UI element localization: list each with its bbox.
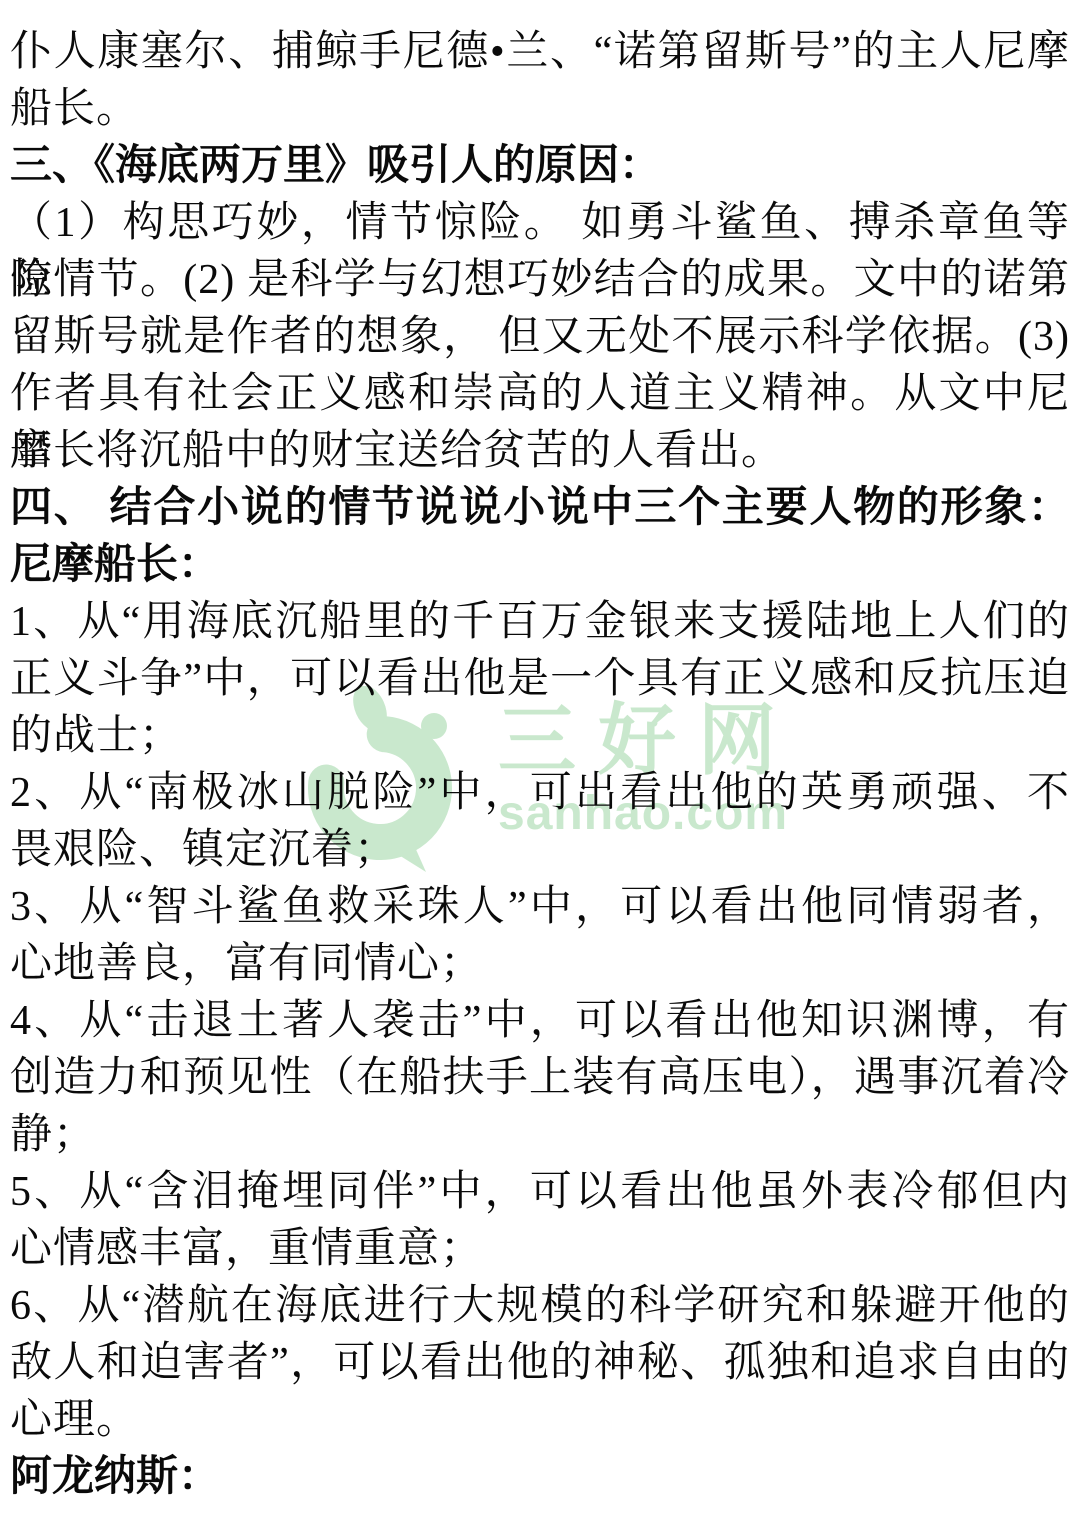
text-line: 创造力和预见性（在船扶手上装有高压电），遇事沉着冷 (10, 1050, 1070, 1107)
section-3-heading: 三、《海底两万里》吸引人的原因： (10, 138, 1070, 195)
text-line: 留斯号就是作者的想象， 但又无处不展示科学依据。(3) (10, 309, 1070, 366)
text-line: 6、从“潜航在海底进行大规模的科学研究和躲避开他的 (10, 1278, 1070, 1335)
text-line: 的战士； (10, 708, 1070, 765)
text-line: 正义斗争”中，可以看出他是一个具有正义感和反抗压迫 (10, 651, 1070, 708)
text-line: 4、从“击退土著人袭击”中，可以看出他知识渊博，有 (10, 993, 1070, 1050)
character-name-nemo: 尼摩船长： (10, 537, 1070, 594)
text-line: 心情感丰富，重情重意； (10, 1221, 1070, 1278)
text-line: 作者具有社会正义感和崇高的人道主义精神。从文中尼摩 (10, 366, 1070, 423)
text-line: 船长将沉船中的财宝送给贫苦的人看出。 (10, 423, 1070, 480)
section-4-heading: 四、 结合小说的情节说说小说中三个主要人物的形象： (10, 480, 1070, 537)
text-line: 1、从“用海底沉船里的千百万金银来支援陆地上人们的 (10, 594, 1070, 651)
text-line: 心地善良，富有同情心； (10, 936, 1070, 993)
text-line: 心理。 (10, 1392, 1070, 1449)
text-line: 仆人康塞尔、捕鲸手尼德•兰、“诺第留斯号”的主人尼摩 (10, 24, 1070, 81)
text-line: 畏艰险、镇定沉着； (10, 822, 1070, 879)
text-line: 险情节。(2) 是科学与幻想巧妙结合的成果。文中的诺第 (10, 252, 1070, 309)
document-page: 仆人康塞尔、捕鲸手尼德•兰、“诺第留斯号”的主人尼摩 船长。 三、《海底两万里》… (0, 0, 1080, 1528)
text-line: 2、从“南极冰山脱险”中，可出看出他的英勇顽强、不 (10, 765, 1070, 822)
text-line: 3、从“智斗鲨鱼救采珠人”中，可以看出他同情弱者， (10, 879, 1070, 936)
text-line: 敌人和迫害者”，可以看出他的神秘、孤独和追求自由的 (10, 1335, 1070, 1392)
character-name-aronnax: 阿龙纳斯： (10, 1449, 1070, 1506)
text-line: 5、从“含泪掩埋同伴”中，可以看出他虽外表冷郁但内 (10, 1164, 1070, 1221)
text-line: 船长。 (10, 81, 1070, 138)
text-line: 静； (10, 1107, 1070, 1164)
text-line: （1）构思巧妙，情节惊险。 如勇斗鲨鱼、搏杀章鱼等惊 (10, 195, 1070, 252)
